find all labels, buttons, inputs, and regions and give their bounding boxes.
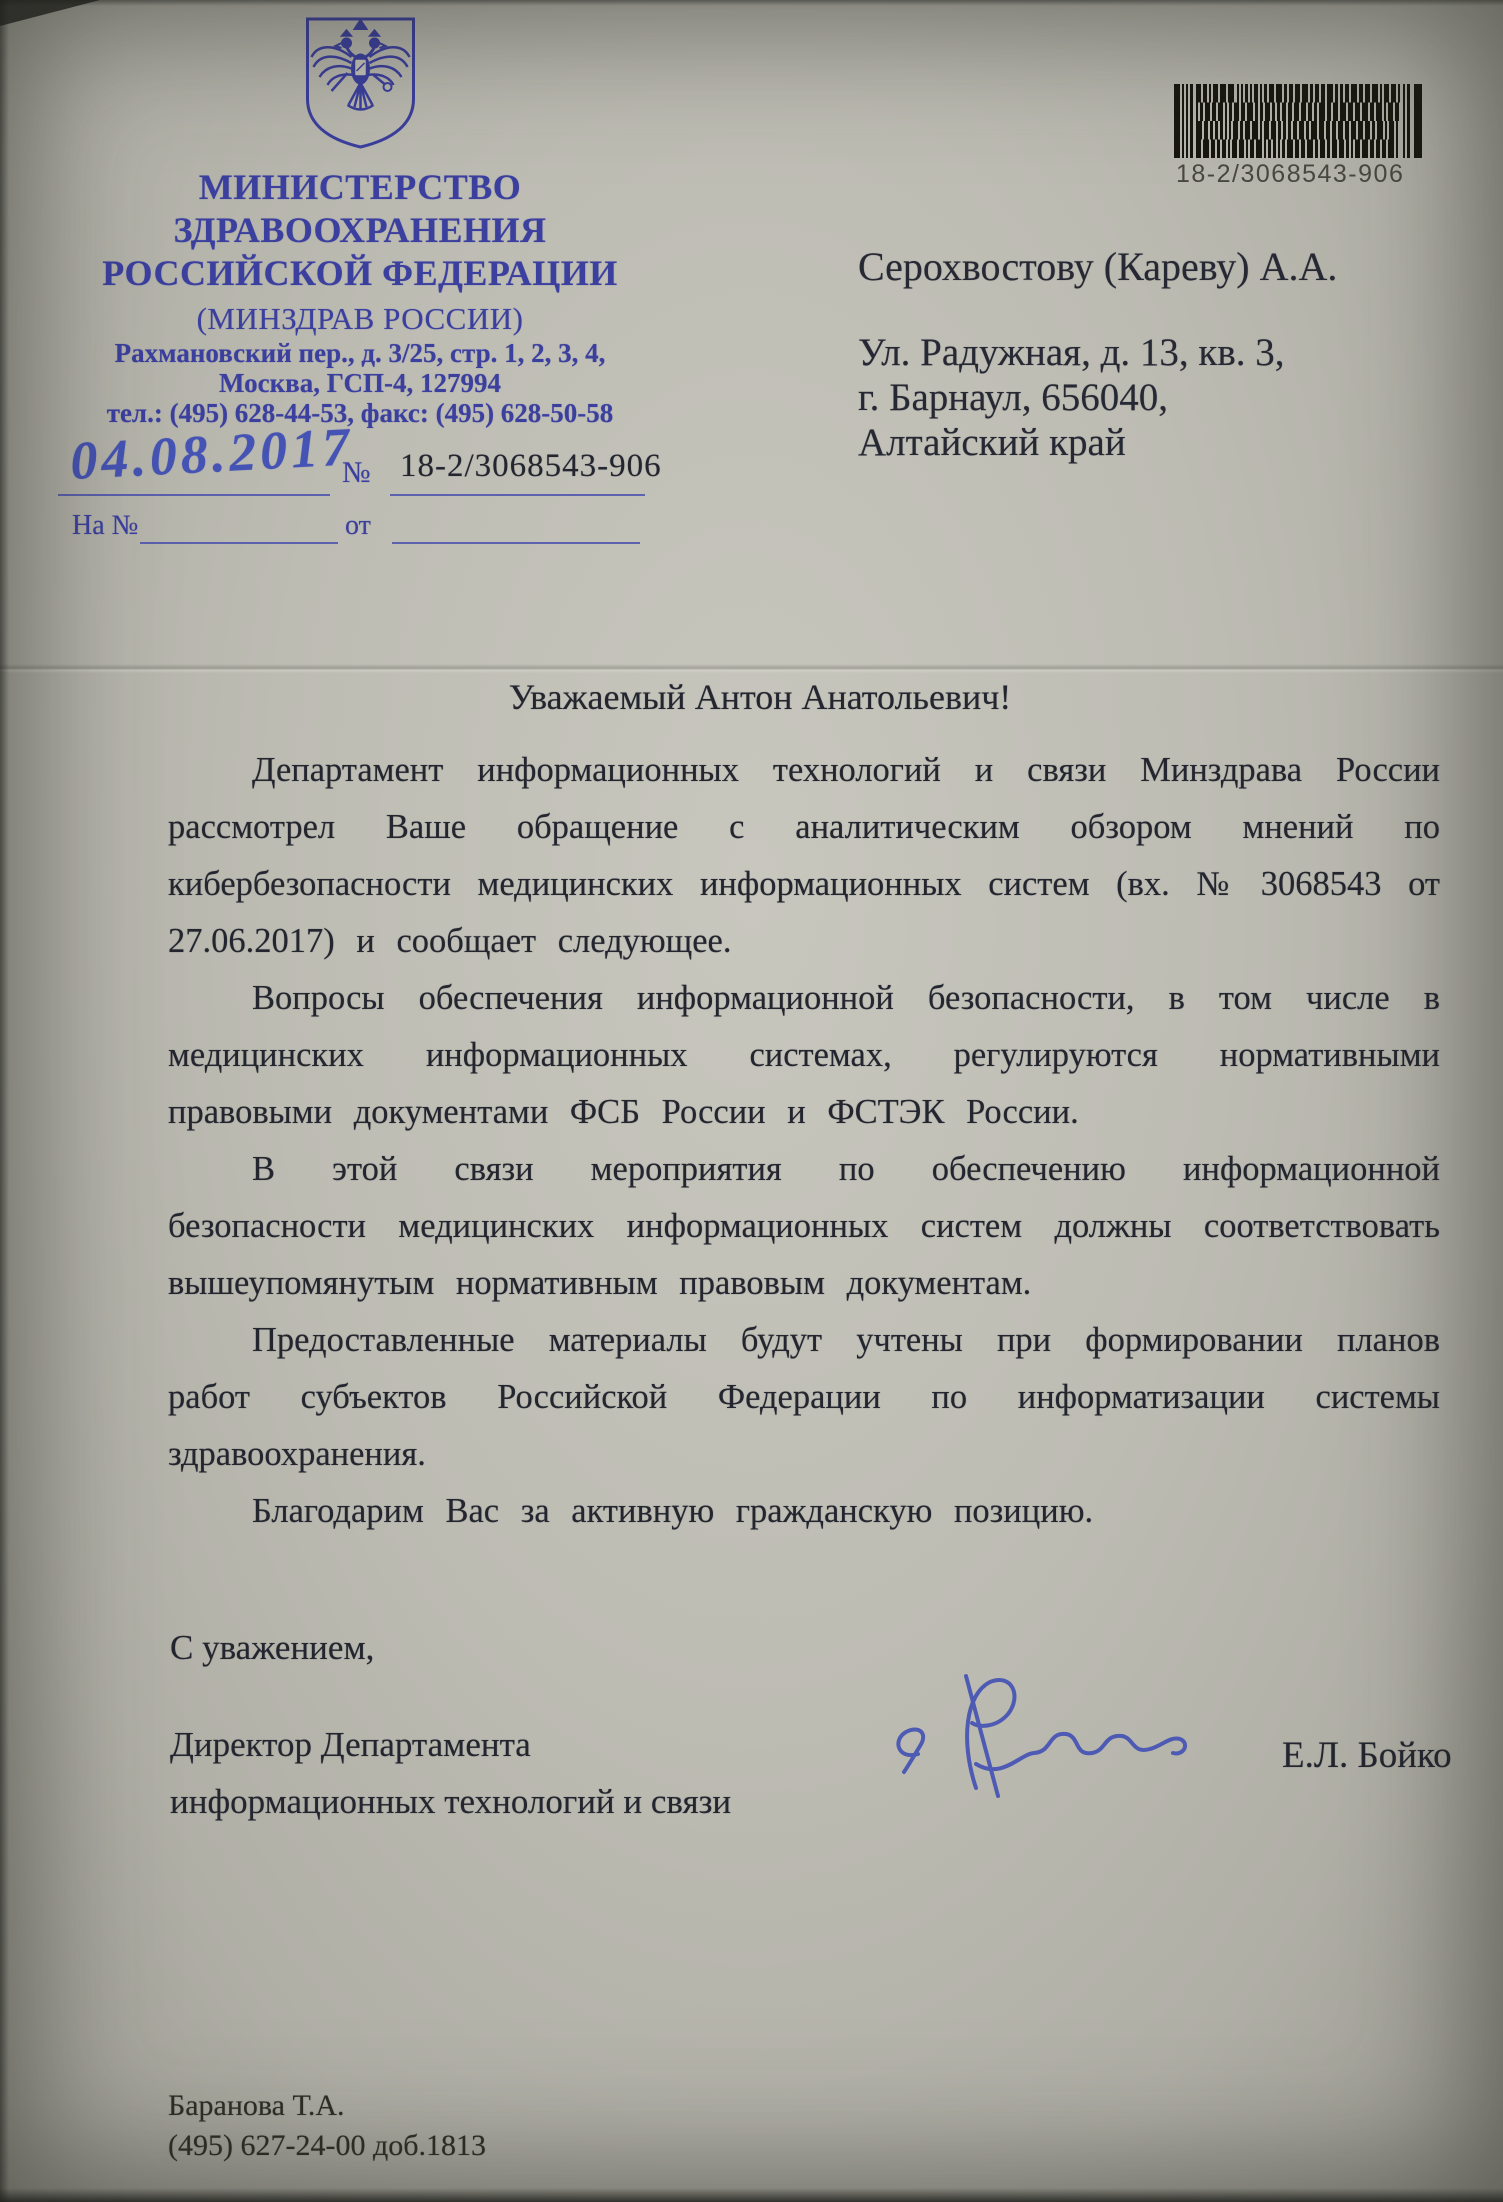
signer-name: Е.Л. Бойко <box>1282 1734 1452 1777</box>
executor-phone: (495) 627-24-00 доб.1813 <box>168 2126 486 2166</box>
reply-date-line <box>392 542 640 544</box>
photo-edge-shadow <box>0 0 1503 6</box>
signature-scribble-icon <box>880 1668 1220 1823</box>
number-sign: № <box>342 456 371 490</box>
signer-title: Директор Департамента информационных тех… <box>170 1716 731 1830</box>
recipient-address-line-1: Ул. Радужная, д. 13, кв. 3, <box>858 330 1285 375</box>
outgoing-number-underline <box>390 494 645 496</box>
pdf417-barcode-icon <box>1174 84 1422 158</box>
ministry-short-name: (МИНЗДРАВ РОССИИ) <box>60 297 660 340</box>
body-paragraph: Благодарим Вас за активную гражданскую п… <box>168 1483 1440 1540</box>
ministry-line-1: МИНИСТЕРСТВО <box>60 166 660 209</box>
reply-number-prefix: На № <box>72 510 138 542</box>
executor-name: Баранова Т.А. <box>168 2086 486 2126</box>
letter-body: Департамент информационных технологий и … <box>168 742 1440 1540</box>
ministry-line-3: РОССИЙСКОЙ ФЕДЕРАЦИИ <box>60 252 660 295</box>
barcode-label: 18-2/3068543-906 <box>1176 160 1404 189</box>
recipient-address: Ул. Радужная, д. 13, кв. 3, г. Барнаул, … <box>858 330 1285 465</box>
letterhead-ministry-name: МИНИСТЕРСТВО ЗДРАВООХРАНЕНИЯ РОССИЙСКОЙ … <box>60 166 660 340</box>
body-paragraph: Вопросы обеспечения информационной безоп… <box>168 970 1440 1141</box>
body-paragraph: Предоставленные материалы будут учтены п… <box>168 1312 1440 1483</box>
recipient-address-line-3: Алтайский край <box>858 420 1285 465</box>
russia-coat-of-arms-icon <box>297 13 424 153</box>
letterhead-address-line-2: Москва, ГСП-4, 127994 <box>60 368 660 398</box>
letterhead-phone-line: тел.: (495) 628-44-53, факс: (495) 628-5… <box>60 398 660 428</box>
date-underline <box>58 494 330 496</box>
signer-title-line-2: информационных технологий и связи <box>170 1773 731 1830</box>
closing-phrase: С уважением, <box>170 1628 374 1668</box>
recipient-name: Серохвостову (Кареву) А.А. <box>858 243 1337 290</box>
photo-edge-shadow <box>0 2188 1503 2202</box>
photo-edge-shadow <box>0 0 9 2202</box>
recipient-address-line-2: г. Барнаул, 656040, <box>858 375 1285 420</box>
signer-title-line-1: Директор Департамента <box>170 1716 731 1773</box>
ministry-line-2: ЗДРАВООХРАНЕНИЯ <box>60 209 660 252</box>
scanned-letter-page: МИНИСТЕРСТВО ЗДРАВООХРАНЕНИЯ РОССИЙСКОЙ … <box>0 0 1503 2202</box>
salutation: Уважаемый Антон Анатольевич! <box>130 676 1390 718</box>
paper-fold-crease <box>0 664 1503 673</box>
letterhead-address: Рахмановский пер., д. 3/25, стр. 1, 2, 3… <box>60 338 660 428</box>
body-paragraph: В этой связи мероприятия по обеспечению … <box>168 1141 1440 1312</box>
reply-from-label: от <box>345 510 371 542</box>
letterhead-address-line-1: Рахмановский пер., д. 3/25, стр. 1, 2, 3… <box>60 338 660 368</box>
body-paragraph: Департамент информационных технологий и … <box>168 742 1440 970</box>
outgoing-number: 18-2/3068543-906 <box>400 448 662 485</box>
reply-number-line <box>140 542 338 544</box>
executor-block: Баранова Т.А. (495) 627-24-00 доб.1813 <box>168 2086 486 2166</box>
